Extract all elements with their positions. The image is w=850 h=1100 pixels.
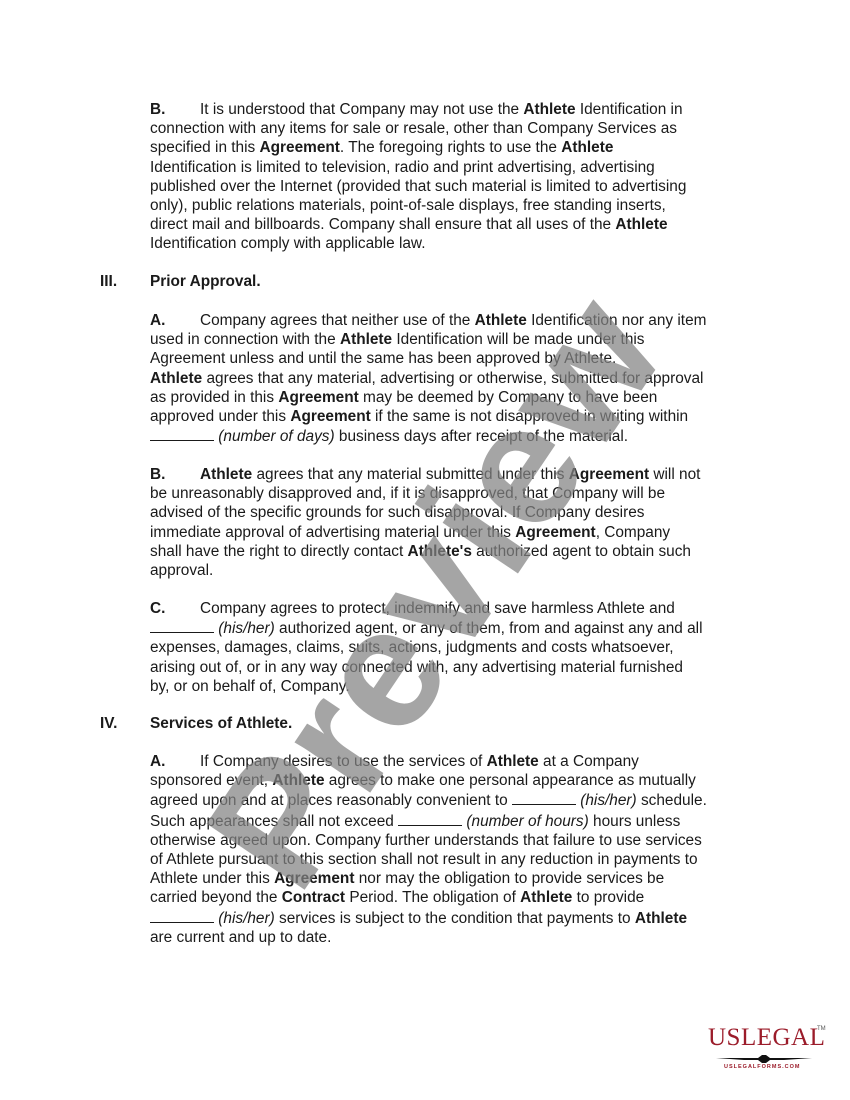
bold-term: Agreement	[260, 139, 340, 156]
section-number: III.	[100, 272, 150, 291]
trademark-symbol: TM	[817, 1026, 826, 1032]
text-line: arising out of, or in any way connected …	[150, 658, 750, 677]
bold-term: Athlete	[615, 216, 667, 233]
eagle-wings-icon	[714, 1054, 814, 1064]
fill-in-blank	[150, 618, 214, 633]
bold-term: Athlete	[523, 101, 575, 118]
fill-in-blank	[150, 426, 214, 441]
logo-brand-text: USLEGAL	[708, 1024, 825, 1052]
text-line: advised of the specific grounds for such…	[150, 503, 750, 522]
bold-term: Athlete	[487, 753, 539, 770]
bold-term: Athlete	[150, 370, 202, 387]
text-line: C.Company agrees to protect, indemnify a…	[150, 599, 750, 618]
clause-label: B.	[150, 465, 200, 484]
text-line: only), public relations materials, point…	[150, 196, 750, 215]
text-line: are current and up to date.	[150, 928, 750, 947]
bold-term: Agreement	[569, 466, 649, 483]
text-line: B.It is understood that Company may not …	[150, 100, 750, 119]
uslegal-logo: USLEGAL TM USLEGALFORMS.COM	[704, 1024, 824, 1072]
placeholder-hint: (number of days)	[218, 428, 334, 445]
bold-term: Athlete's	[408, 543, 472, 560]
clause-III-B: B.Athlete agrees that any material submi…	[150, 465, 750, 580]
text-line: (number of days) business days after rec…	[150, 426, 750, 446]
bold-term: Athlete	[561, 139, 613, 156]
text-line: sponsored event, Athlete agrees to make …	[150, 771, 750, 790]
text-line: Identification is limited to television,…	[150, 158, 750, 177]
logo-url: USLEGALFORMS.COM	[724, 1064, 801, 1070]
text-line: approval.	[150, 561, 750, 580]
text-line: Athlete under this Agreement nor may the…	[150, 869, 750, 888]
text-line: direct mail and billboards. Company shal…	[150, 215, 750, 234]
placeholder-hint: (his/her)	[218, 620, 274, 637]
section-IV-heading: IV.Services of Athlete.	[100, 714, 292, 733]
section-number: IV.	[100, 714, 150, 733]
text-line: otherwise agreed upon. Company further u…	[150, 831, 750, 850]
clause-IV-A: A.If Company desires to use the services…	[150, 752, 750, 947]
text-line: A.If Company desires to use the services…	[150, 752, 750, 771]
text-line: approved under this Agreement if the sam…	[150, 407, 750, 426]
text-line: be unreasonably disapproved and, if it i…	[150, 484, 750, 503]
bold-term: Athlete	[200, 466, 252, 483]
text-line: used in connection with the Athlete Iden…	[150, 330, 750, 349]
text-line: agreed upon and at places reasonably con…	[150, 790, 750, 810]
clause-label: C.	[150, 599, 200, 618]
text-line: Identification comply with applicable la…	[150, 234, 750, 253]
clause-label: A.	[150, 311, 200, 330]
text-line: of Athlete pursuant to this section shal…	[150, 850, 750, 869]
clause-label: B.	[150, 100, 200, 119]
placeholder-hint: (number of hours)	[466, 813, 588, 830]
text-line: Athlete agrees that any material, advert…	[150, 369, 750, 388]
section-III-heading: III.Prior Approval.	[100, 272, 261, 291]
text-line: published over the Internet (provided th…	[150, 177, 750, 196]
bold-term: Agreement	[515, 524, 595, 541]
bold-term: Athlete	[520, 889, 572, 906]
fill-in-blank	[512, 790, 576, 805]
bold-term: Agreement	[290, 408, 370, 425]
placeholder-hint: (his/her)	[218, 910, 274, 927]
fill-in-blank	[398, 811, 462, 826]
bold-term: Athlete	[635, 910, 687, 927]
clause-label: A.	[150, 752, 200, 771]
bold-term: Agreement	[274, 870, 354, 887]
text-line: immediate approval of advertising materi…	[150, 523, 750, 542]
text-line: as provided in this Agreement may be dee…	[150, 388, 750, 407]
clause-III-A: A.Company agrees that neither use of the…	[150, 311, 750, 446]
fill-in-blank	[150, 908, 214, 923]
document-page: B.It is understood that Company may not …	[0, 0, 850, 1100]
clause-III-C: C.Company agrees to protect, indemnify a…	[150, 599, 750, 696]
bold-term: Contract	[282, 889, 345, 906]
text-line: expenses, damages, claims, suits, action…	[150, 638, 750, 657]
section-title: Services of Athlete.	[150, 715, 292, 732]
text-line: by, or on behalf of, Company.	[150, 677, 750, 696]
text-line: (his/her) services is subject to the con…	[150, 908, 750, 928]
placeholder-hint: (his/her)	[580, 792, 636, 809]
clause-II-B: B.It is understood that Company may not …	[150, 100, 750, 254]
text-line: specified in this Agreement. The foregoi…	[150, 138, 750, 157]
section-title: Prior Approval.	[150, 273, 261, 290]
bold-term: Athlete	[340, 331, 392, 348]
text-line: shall have the right to directly contact…	[150, 542, 750, 561]
text-line: connection with any items for sale or re…	[150, 119, 750, 138]
text-line: carried beyond the Contract Period. The …	[150, 888, 750, 907]
text-line: Agreement unless and until the same has …	[150, 349, 750, 368]
text-line: Such appearances shall not exceed (numbe…	[150, 811, 750, 831]
bold-term: Agreement	[278, 389, 358, 406]
text-line: A.Company agrees that neither use of the…	[150, 311, 750, 330]
text-line: B.Athlete agrees that any material submi…	[150, 465, 750, 484]
text-line: (his/her) authorized agent, or any of th…	[150, 618, 750, 638]
bold-term: Athlete	[475, 312, 527, 329]
bold-term: Athlete	[272, 772, 324, 789]
